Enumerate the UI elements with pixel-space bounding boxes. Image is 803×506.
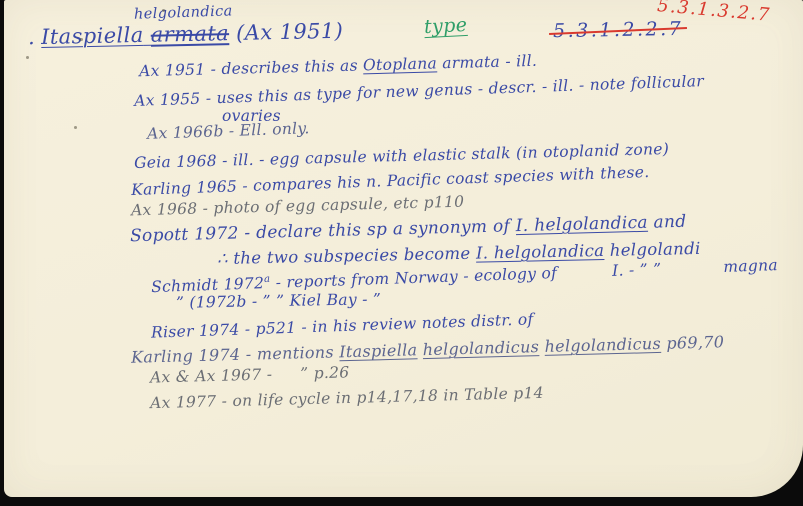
text-segment: Otoplana	[363, 54, 437, 74]
title-species-crossed: armata	[150, 21, 229, 47]
text-segment: I. helgolandica	[516, 213, 649, 236]
index-card: .Itaspiella armata (Ax 1951) helgolandic…	[4, 0, 803, 497]
text-segment: armata - ill.	[437, 52, 538, 73]
text-segment: Itaspiella	[339, 340, 418, 361]
text-segment: Ax 1951 - describes this as	[139, 56, 363, 80]
species-correction: helgolandica	[134, 3, 233, 22]
text-segment: p69,70	[661, 332, 725, 353]
note-ax-1966b: Ax 1966b - Ell. only.	[147, 119, 310, 143]
text-segment: Ax 1977 - on life cycle in p14,17,18 in …	[150, 384, 544, 412]
ink-speck	[74, 126, 77, 129]
text-segment: Karling 1974 - mentions	[131, 342, 340, 366]
note-ax-1977: Ax 1977 - on life cycle in p14,17,18 in …	[150, 384, 544, 412]
title-authority: (Ax 1951)	[229, 19, 344, 45]
text-segment: Ax 1966b - Ell. only.	[147, 119, 310, 143]
text-segment: ∴ the two subspecies become	[217, 244, 476, 268]
scanned-card-image: .Itaspiella armata (Ax 1951) helgolandic…	[0, 0, 803, 506]
text-segment: Riser 1974 - p521 - in his review notes …	[151, 310, 534, 341]
text-segment: I. - ” ”	[612, 260, 662, 280]
ink-speck	[26, 56, 29, 59]
card-title: .Itaspiella armata (Ax 1951)	[28, 19, 344, 50]
text-segment: helgolandicus	[544, 334, 661, 356]
note-ax-1951: Ax 1951 - describes this as Otoplana arm…	[139, 52, 537, 80]
catalog-number-old-struck: 5.3.1.2.2.7	[553, 18, 684, 42]
text-segment: Sopott 1972 - declare this sp a synonym …	[130, 216, 516, 246]
text-segment: Ax & Ax 1967 -	[150, 365, 273, 386]
text-segment: and	[648, 212, 687, 233]
text-segment: magna	[723, 256, 778, 276]
text-segment: I. helgolandica	[476, 241, 605, 263]
text-segment: helgolandicus	[422, 337, 539, 359]
note-ax-ax-1967: Ax & Ax 1967 -” p.26	[150, 363, 350, 386]
note-riser-1974: Riser 1974 - p521 - in his review notes …	[151, 310, 534, 341]
note-schmidt-1972b: ” (1972b - ” ” Kiel Bay - ”	[176, 290, 381, 312]
ink-speck	[162, 9, 165, 12]
text-segment: helgolandi	[604, 239, 701, 260]
text-segment: - reports from Norway - ecology of	[270, 264, 557, 292]
type-label: type	[423, 14, 467, 38]
title-lead-dot: .	[28, 25, 36, 49]
text-segment: ” (1972b - ” ” Kiel Bay - ”	[176, 290, 381, 312]
ink-speck	[80, 38, 83, 41]
text-segment: ” p.26	[300, 363, 350, 382]
title-genus: Itaspiella	[41, 23, 144, 49]
